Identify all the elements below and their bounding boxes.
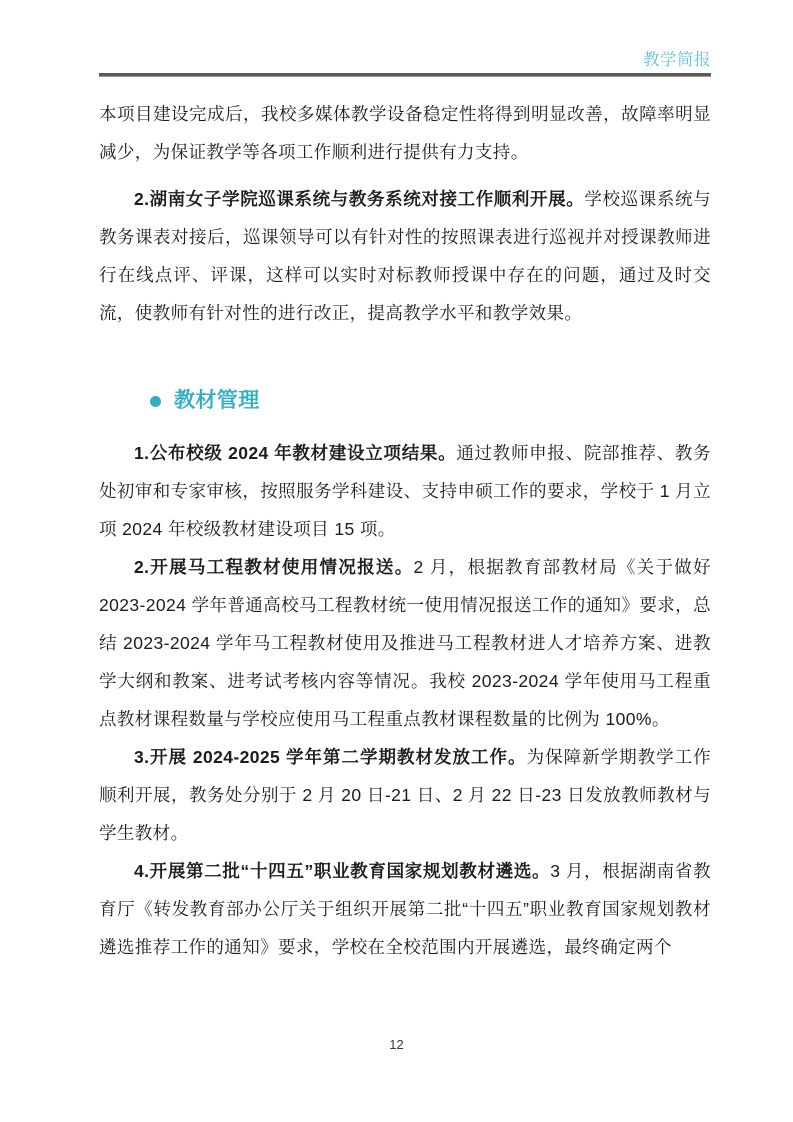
section-title: 教材管理: [174, 386, 260, 416]
page-number: 12: [0, 1037, 793, 1052]
paragraph-text: 本项目建设完成后，我校多媒体教学设备稳定性将得到明显改善，故障率明显减少，为保证…: [99, 104, 711, 162]
paragraph-lead: 2.开展马工程教材使用情况报送。: [134, 557, 414, 577]
page-header: 教学简报: [99, 50, 711, 77]
section-paragraph-1: 1.公布校级 2024 年教材建设立项结果。通过教师申报、院部推荐、教务处初审和…: [99, 434, 711, 548]
paragraph-lead: 2.湖南女子学院巡课系统与教务系统对接工作顺利开展。: [134, 189, 584, 209]
paragraph-text: 2 月，根据教育部教材局《关于做好 2023-2024 学年普通高校马工程教材统…: [99, 557, 711, 729]
document-page: 教学简报 本项目建设完成后，我校多媒体教学设备稳定性将得到明显改善，故障率明显减…: [0, 0, 793, 1122]
paragraph-lead: 3.开展 2024-2025 学年第二学期教材发放工作。: [134, 747, 527, 767]
section-paragraph-2: 2.开展马工程教材使用情况报送。2 月，根据教育部教材局《关于做好 2023-2…: [99, 548, 711, 738]
paragraph-continuation: 本项目建设完成后，我校多媒体教学设备稳定性将得到明显改善，故障率明显减少，为保证…: [99, 95, 711, 171]
section-paragraph-3: 3.开展 2024-2025 学年第二学期教材发放工作。为保障新学期教学工作顺利…: [99, 738, 711, 852]
paragraph-lead: 1.公布校级 2024 年教材建设立项结果。: [134, 443, 456, 463]
paragraph-text: 学校巡课系统与教务课表对接后，巡课领导可以有针对性的按照课表进行巡视并对授课教师…: [99, 189, 711, 323]
section-paragraph-4: 4.开展第二批“十四五”职业教育国家规划教材遴选。3 月，根据湖南省教育厅《转发…: [99, 852, 711, 966]
header-title: 教学简报: [99, 50, 711, 70]
document-body: 本项目建设完成后，我校多媒体教学设备稳定性将得到明显改善，故障率明显减少，为保证…: [99, 95, 711, 966]
paragraph-item-2: 2.湖南女子学院巡课系统与教务系统对接工作顺利开展。学校巡课系统与教务课表对接后…: [99, 180, 711, 332]
header-rule: [99, 73, 711, 77]
bullet-icon: [150, 396, 161, 407]
section-heading: 教材管理: [150, 386, 711, 416]
paragraph-lead: 4.开展第二批“十四五”职业教育国家规划教材遴选。: [134, 861, 550, 881]
